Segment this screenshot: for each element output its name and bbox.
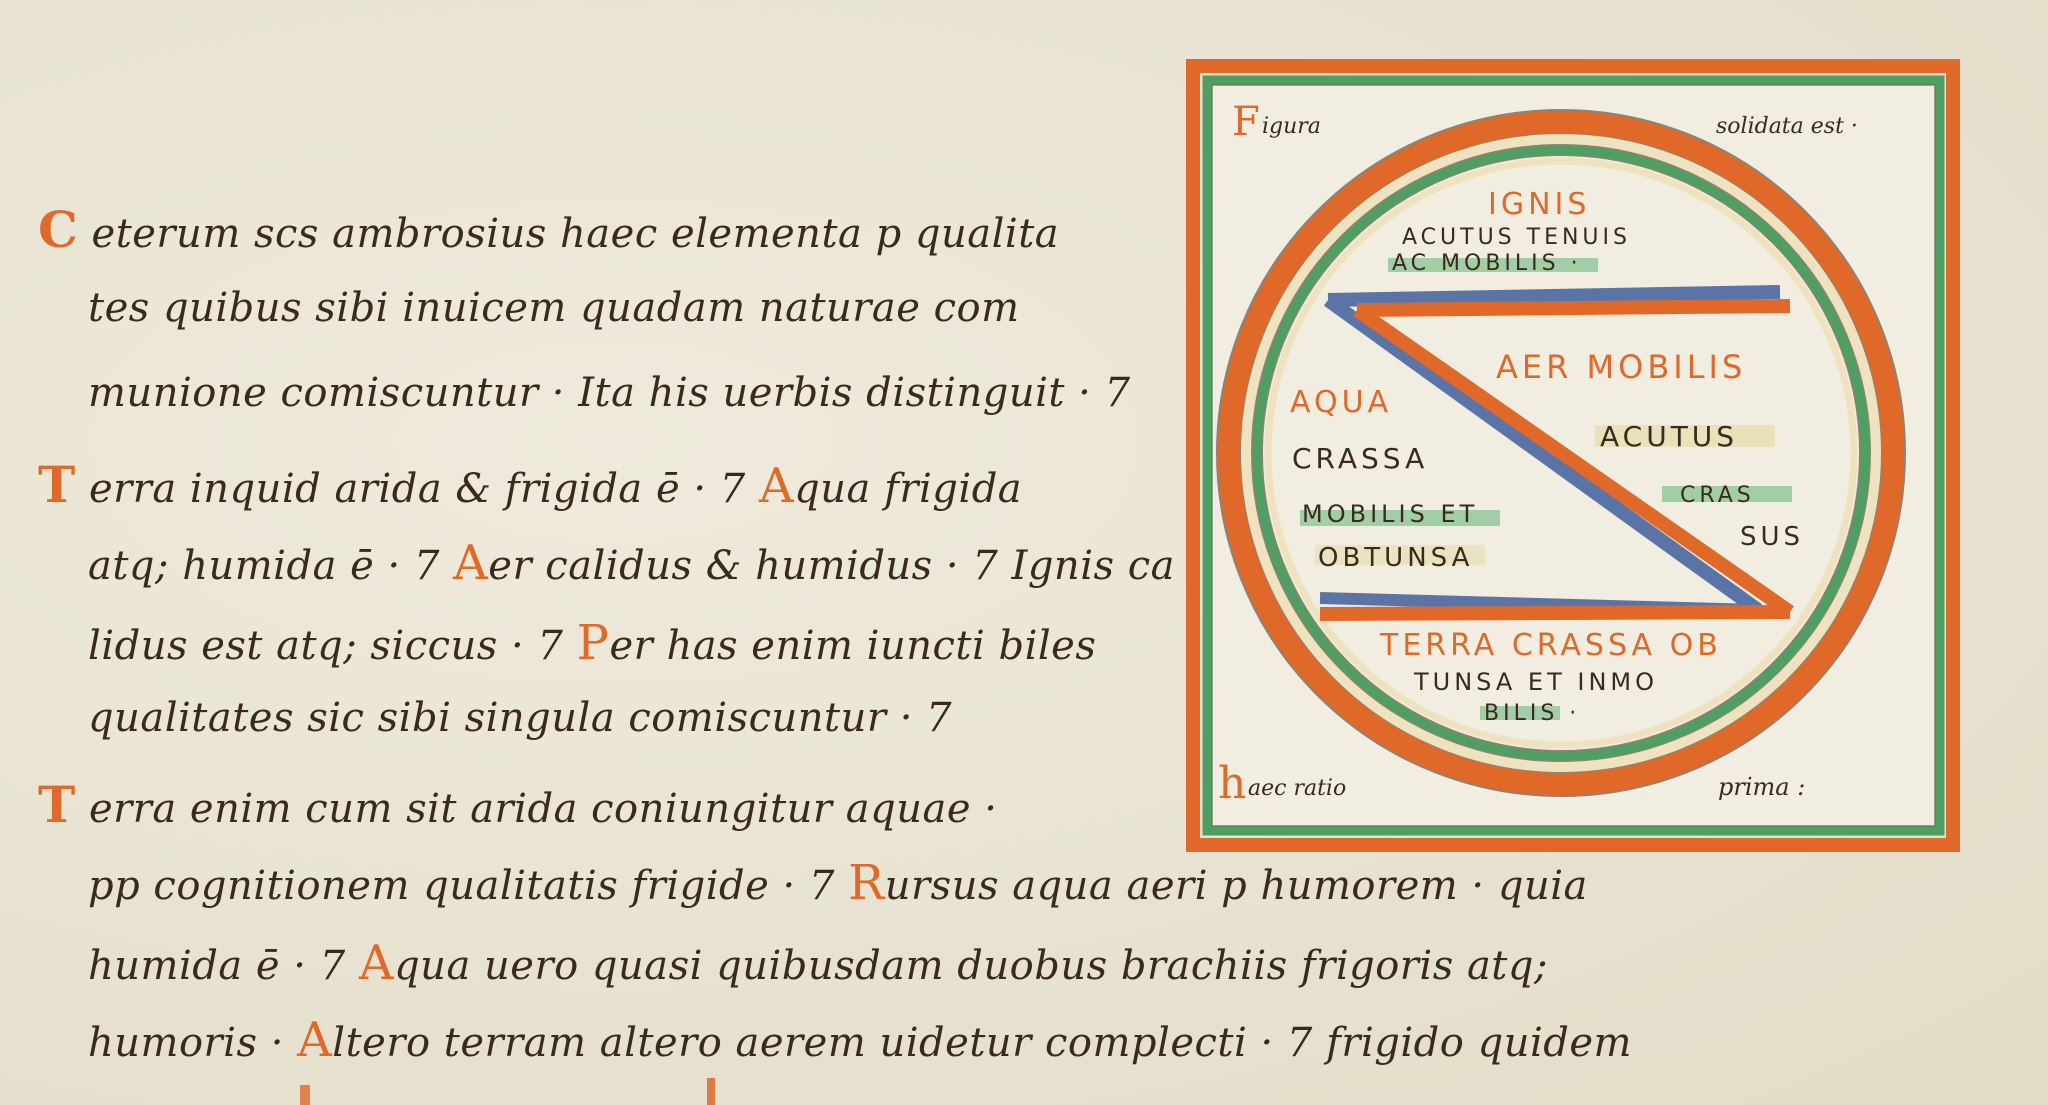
label-terra-line2: BILIS ·: [1484, 701, 1580, 726]
corner-initial-f: F: [1232, 99, 1260, 145]
label-ignis: IGNIS: [1488, 187, 1590, 222]
corner-top-right: solidata est ·: [1716, 114, 1858, 139]
corner-bottom-left: aec ratio: [1248, 776, 1346, 801]
label-terra-line1: TUNSA ET INMO: [1413, 668, 1658, 696]
label-aer-line2: CRAS: [1680, 483, 1755, 508]
label-aqua-line3: OBTUNSA: [1318, 543, 1473, 573]
corner-bottom-right: prima :: [1718, 773, 1805, 801]
label-ignis-line2: AC MOBILIS ·: [1392, 251, 1582, 276]
elements-diagram: F igura solidata est · h aec ratio prima…: [0, 0, 2048, 1105]
cutoff-line-rubric: [707, 1078, 715, 1105]
label-aqua: AQUA: [1290, 385, 1392, 420]
label-aer-line1: ACUTUS: [1600, 420, 1738, 453]
label-terra: TERRA CRASSA OB: [1379, 628, 1722, 663]
label-aer: AER MOBILIS: [1496, 348, 1746, 386]
label-ignis-line1: ACUTUS TENUIS: [1402, 225, 1631, 250]
label-aqua-line2: MOBILIS ET: [1302, 500, 1478, 528]
label-aer-line3: SUS: [1740, 522, 1804, 552]
corner-initial-h: h: [1218, 758, 1246, 809]
corner-top-left: igura: [1262, 114, 1321, 139]
cutoff-line: [300, 1085, 310, 1105]
label-aqua-line1: CRASSA: [1292, 442, 1428, 475]
manuscript-page: C eterum scs ambrosius haec elementa p q…: [0, 0, 2048, 1105]
